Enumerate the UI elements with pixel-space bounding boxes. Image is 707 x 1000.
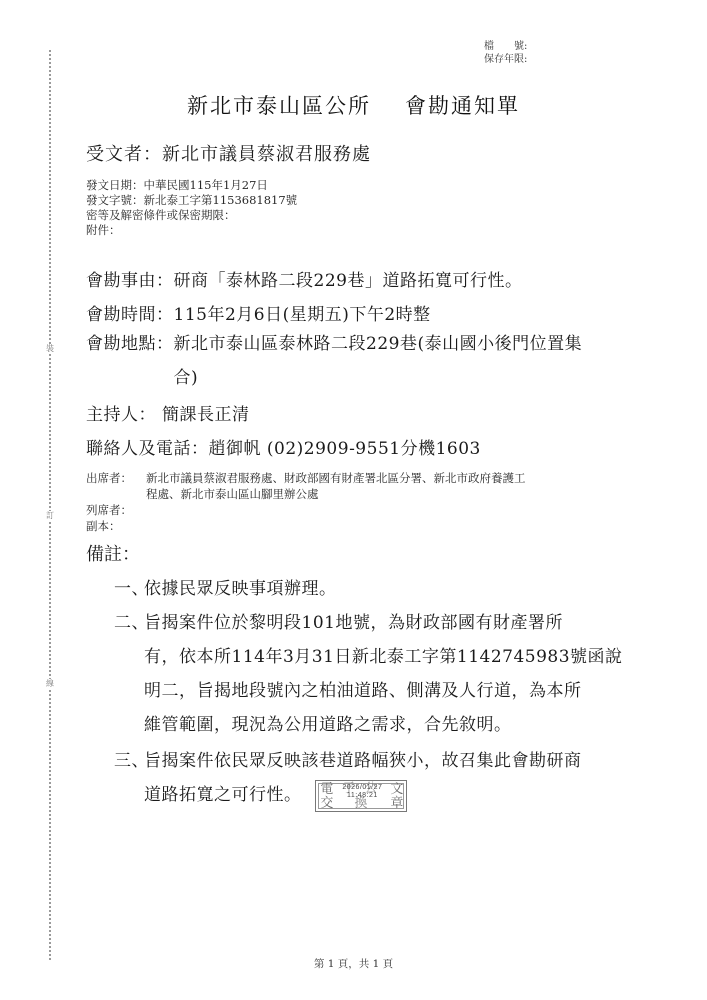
inspection-reason-label: 會勘事由： [86,266,174,291]
file-meta: 檔 號: 保存年限: [484,40,527,66]
remark-item-3: 三、 旨揭案件依民眾反映該巷道路幅狹小，故召集此會勘研商 道路拓寬之可行性。 電… [114,744,644,812]
inspection-place-label: 會勘地點： [86,327,174,395]
inspection-place-line2: 合) [174,361,583,395]
remarks-heading: 備註： [86,540,140,566]
cc-label: 副本： [86,518,146,534]
inspection-time: 會勘時間： 115年2月6日(星期五)下午2時整 [86,300,431,325]
binding-mark-ding: 訂 [43,511,57,521]
recipient: 受文者：新北市議員蔡淑君服務處 [86,140,371,166]
present-line2: 程處、新北市泰山區山腳里辦公處 [146,486,566,502]
host-value: 簡課長正清 [162,400,250,425]
binding-line [49,50,51,960]
inspection-time-label: 會勘時間： [86,300,174,325]
present-label: 出席者： [86,470,146,502]
issue-date: 發文日期：中華民國115年1月27日 [86,178,297,193]
remark-line: 旨揭案件依民眾反映該巷道路幅狹小，故召集此會勘研商 [144,744,644,778]
remark-line: 明二，旨揭地段號內之柏油道路、側溝及人行道，為本所 [144,674,644,708]
page-number: 第 1 頁，共 1 頁 [0,956,707,971]
remark-number: 二、 [114,606,144,742]
remark-line: 道路拓寬之可行性。 [144,785,302,805]
stamp-char: 文 [390,783,404,796]
inspection-reason-value: 研商「泰林路二段229巷」道路拓寬可行性。 [174,266,523,291]
inspection-place: 會勘地點： 新北市泰山區泰林路二段229巷(泰山國小後門位置集 合) [86,327,582,395]
stamp-char: 電 [320,783,334,796]
remark-line: 維管範圍，現況為公用道路之需求，合先敘明。 [144,708,644,742]
remark-number: 三、 [114,744,144,812]
stamp-date: 2026/01/27 [338,784,386,792]
remark-item-2: 二、 旨揭案件位於黎明段101地號，為財政部國有財產署所 有，依本所114年3月… [114,606,644,742]
present-line1: 新北市議員蔡淑君服務處、財政部國有財產署北區分署、新北市政府養護工 [146,470,566,486]
attachment: 附件： [86,223,297,238]
stamp-char: 章 [390,797,404,810]
electronic-document-exchange-stamp: 電 子 公 文 交 換 章 2026/01/27 11:48:21 [315,780,407,812]
binding-mark-zhuang: 裝 [43,344,57,354]
issue-info: 發文日期：中華民國115年1月27日 發文字號：新北泰工字第1153681817… [86,178,297,238]
remark-line: 有，依本所114年3月31日新北泰工字第1142745983號函說 [144,640,644,674]
document-type: 會勘通知單 [405,94,520,118]
remark-line: 旨揭案件位於黎明段101地號，為財政部國有財產署所 [144,606,644,640]
host-label: 主持人： [86,400,156,425]
issue-reference-number: 發文字號：新北泰工字第1153681817號 [86,193,297,208]
binding-mark-xian: 線 [43,679,57,689]
inspection-time-value: 115年2月6日(星期五)下午2時整 [174,300,431,325]
recipient-label: 受文者： [86,144,162,165]
file-number-label: 檔 號: [484,40,527,53]
stamp-char: 交 [320,797,334,810]
document-title: 新北市泰山區公所會勘通知單 [0,90,707,120]
observers-label: 列席者： [86,502,146,518]
contact: 聯絡人及電話： 趙御帆 (02)2909-9551分機1603 [86,434,481,459]
remark-item-1: 一、 依據民眾反映事項辦理。 [114,572,644,606]
stamp-time: 11:48:21 [338,792,386,800]
remark-line: 依據民眾反映事項辦理。 [144,572,644,606]
contact-label: 聯絡人及電話： [86,434,209,459]
remark-number: 一、 [114,572,144,606]
contact-value: 趙御帆 (02)2909-9551分機1603 [209,434,481,459]
inspection-place-line1: 新北市泰山區泰林路二段229巷(泰山國小後門位置集 [174,327,583,361]
retention-period-label: 保存年限: [484,53,527,66]
classification: 密等及解密條件或保密期限： [86,208,297,223]
host: 主持人： 簡課長正清 [86,400,250,425]
attendees: 出席者： 新北市議員蔡淑君服務處、財政部國有財產署北區分署、新北市政府養護工 程… [86,470,566,534]
recipient-value: 新北市議員蔡淑君服務處 [162,144,371,165]
issuing-organization: 新北市泰山區公所 [187,94,371,118]
inspection-reason: 會勘事由： 研商「泰林路二段229巷」道路拓寬可行性。 [86,266,522,291]
